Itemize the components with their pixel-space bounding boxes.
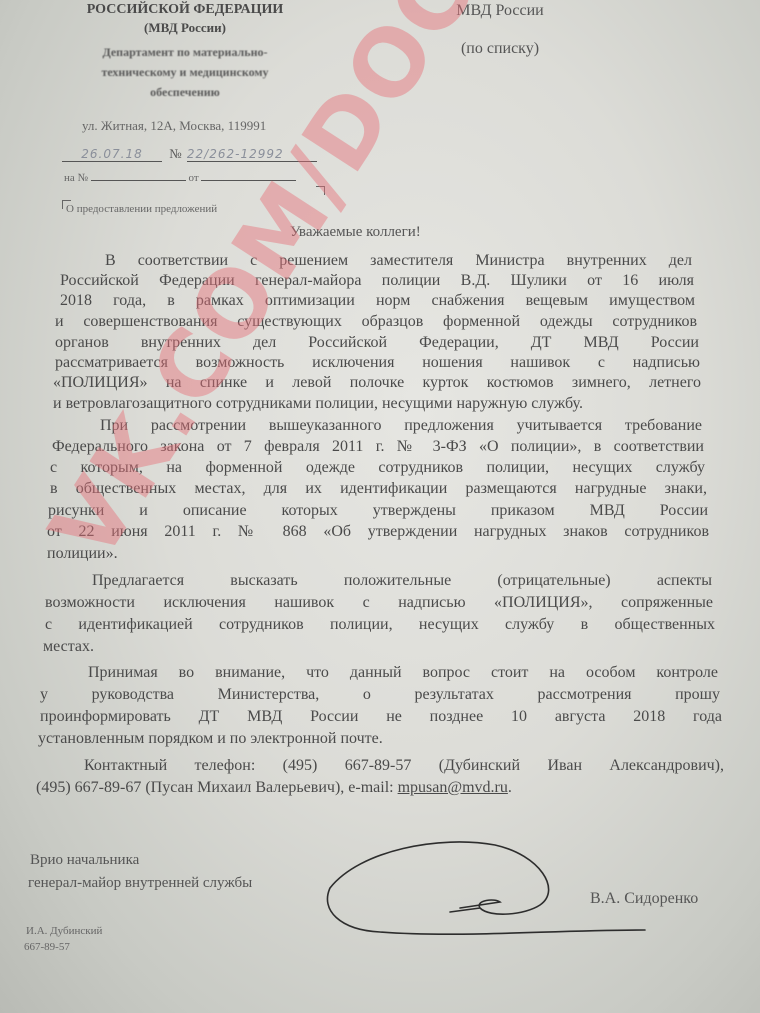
outgoing-registration: 26.07.18 № 22/262-12992	[62, 146, 317, 162]
body-line: Предлагается высказать положительные (от…	[92, 572, 712, 590]
executor-name: И.А. Дубинский	[26, 925, 102, 937]
body-line: В соответствии с решением заместителя Ми…	[105, 252, 692, 270]
contact-text: (495) 667-89-67 (Пусан Михаил Валерьевич…	[36, 779, 398, 796]
body-line: органов внутренних дел Российской Федера…	[55, 334, 699, 352]
registration-date: 26.07.18	[62, 147, 162, 162]
registration-number: 22/262-12992	[187, 147, 317, 162]
body-line: Принимая во внимание, что данный вопрос …	[88, 664, 718, 682]
executor-phone: 667-89-57	[24, 941, 70, 953]
reference-number-label: на №	[64, 172, 88, 184]
body-line: Российской Федерации генерал-майора поли…	[60, 272, 694, 290]
body-line: и совершенствования существующих образцо…	[55, 313, 697, 331]
contact-email-line: (495) 667-89-67 (Пусан Михаил Валерьевич…	[36, 779, 636, 797]
subject-line: О предоставлении предложений	[66, 203, 217, 215]
department-line-3: обеспечению	[75, 82, 295, 102]
body-line: установленным порядком и по электронной …	[38, 730, 458, 748]
subject-bracket-right	[316, 186, 325, 195]
department-line-1: Департамент по материально-	[75, 42, 295, 62]
body-line: в общественных местах, для их идентифика…	[50, 480, 707, 498]
recipient-distribution: (по списку)	[440, 40, 560, 58]
signatory-title-1: Врио начальника	[30, 852, 139, 869]
body-line: При рассмотрении вышеуказанного предложе…	[100, 417, 702, 435]
body-line: возможности исключения нашивок с надпись…	[45, 594, 713, 612]
body-line: 2018 года, в рамках оптимизации норм сна…	[60, 292, 695, 310]
department-address: ул. Житная, 12А, Москва, 119991	[82, 118, 266, 134]
department-line-2: техническому и медицинскому	[75, 62, 295, 82]
reference-date-label: от	[189, 172, 199, 184]
reference-number-field	[91, 180, 186, 181]
greeting: Уважаемые коллеги!	[290, 224, 421, 241]
body-line: «ПОЛИЦИЯ» на спинке и левой полочке курт…	[53, 374, 701, 392]
reference-date-field	[201, 180, 296, 181]
body-line: рисунки и описание которых утверждены пр…	[48, 502, 708, 520]
letter-page: РОССИЙСКОЙ ФЕДЕРАЦИИ (МВД России) Департ…	[0, 0, 760, 1013]
body-line: с идентификацией сотрудников полиции, не…	[45, 616, 715, 634]
body-line: Федерального закона от 7 февраля 2011 г.…	[52, 438, 704, 456]
recipient-name: МВД России	[440, 2, 560, 20]
signatory-title-2: генерал-майор внутренней службы	[28, 875, 252, 892]
org-short-name: (МВД России)	[80, 20, 290, 36]
body-line: у руководства Министерства, о результата…	[40, 686, 720, 704]
body-line: местах.	[43, 638, 243, 656]
signatory-name: В.А. Сидоренко	[590, 890, 698, 908]
body-line: от 22 июня 2011 г. № 868 «Об утверждении…	[47, 523, 709, 541]
contact-phone-line: Контактный телефон: (495) 667-89-57 (Дуб…	[84, 757, 724, 775]
body-line: рассматривается возможность исключения н…	[55, 354, 700, 372]
body-line: полиции».	[47, 545, 247, 563]
email-link[interactable]: mpusan@mvd.ru	[398, 779, 508, 796]
reference-line: на № от	[64, 172, 296, 184]
body-line: проинформировать ДТ МВД России не поздне…	[40, 708, 722, 726]
body-line: и ветровлагозащитного сотрудниками полиц…	[53, 395, 673, 413]
number-label: №	[169, 146, 181, 161]
body-line: с которым, на форменной одежде сотрудник…	[50, 459, 705, 477]
email-suffix: .	[508, 779, 512, 796]
org-name: РОССИЙСКОЙ ФЕДЕРАЦИИ	[80, 2, 290, 18]
handwritten-signature-icon	[300, 830, 660, 940]
